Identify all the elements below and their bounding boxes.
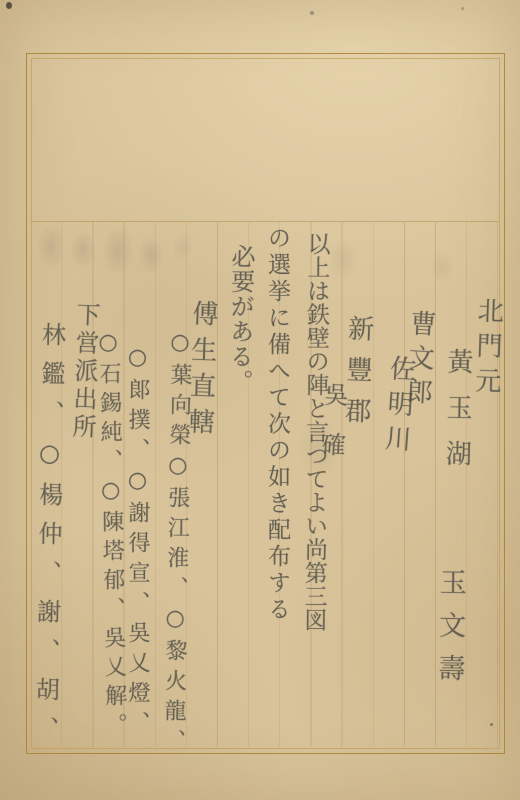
handwriting-roster-column: 林鑑、○楊仲、謝、胡、 <box>32 322 64 755</box>
ink-speck <box>490 723 493 726</box>
handwriting-roster-column: ○石錫純、○陳塔郁、吳乂解。 <box>96 330 125 742</box>
handwriting-roster-column: ○葉向榮○張江淮、○黎火龍、 <box>161 330 190 759</box>
handwriting-roster-heading: 下営派出所 <box>70 302 99 443</box>
handwriting-body-column: の選挙に備へて次の如き配布する <box>265 226 288 624</box>
handwriting-name-column: 黃玉湖 <box>443 348 471 486</box>
ink-speck <box>310 11 314 15</box>
manuscript-page: 北門元 黃玉湖 曹文郎 佐明川 新豐郡 吳確 以上は鉄壁の陣と言つてよい尚第三図… <box>0 0 520 800</box>
ink-speck <box>6 2 12 9</box>
handwriting-name-column: 北門元 <box>472 297 502 403</box>
handwriting-body-column: 以上は鉄壁の陣と言つてよい尚第三図 <box>301 232 327 632</box>
handwriting-body-column: 必要がある。 <box>227 244 254 394</box>
ink-speck <box>461 7 464 10</box>
handwriting-signature: 玉文壽 <box>435 568 464 697</box>
handwriting-name-column: 佐明川 <box>381 354 414 461</box>
handwriting-roster-column: ○郞撲、○謝得宣、吳乂燈、 <box>126 345 148 741</box>
